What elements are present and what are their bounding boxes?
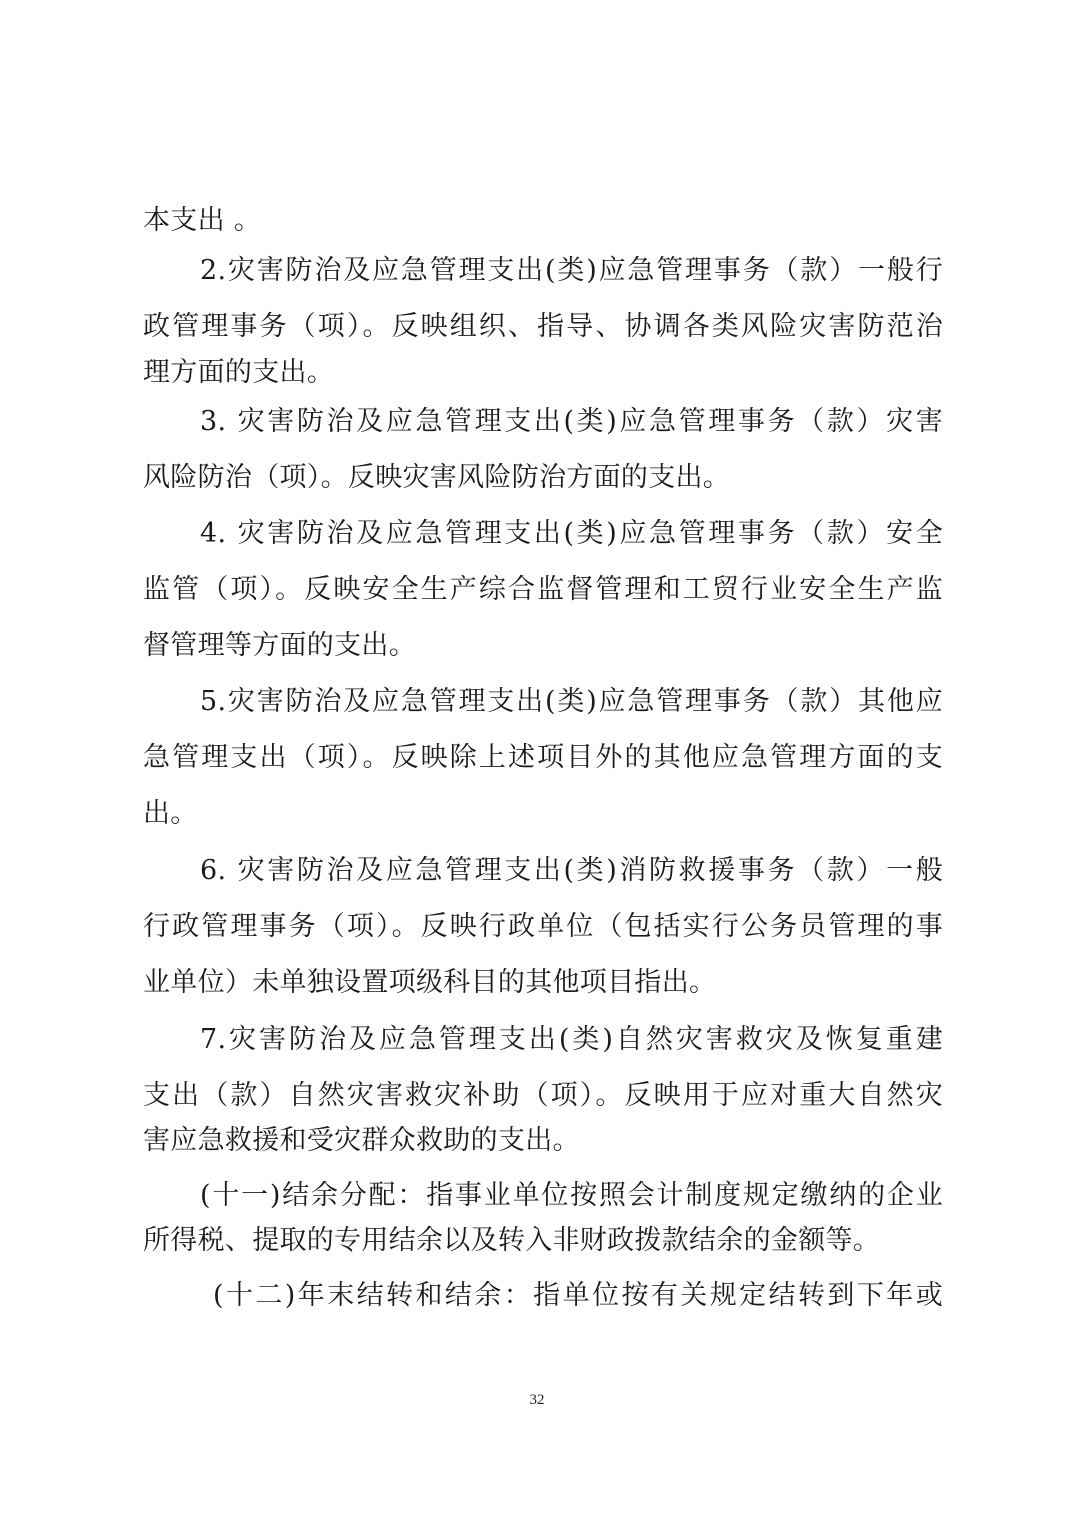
text-line: 出。	[143, 797, 943, 831]
text-line: 行政管理事务（项）。反映行政单位（包括实行公务员管理的事	[143, 910, 943, 944]
text-line: 理方面的支出。	[143, 356, 943, 390]
document-page: 本支出 。 2.灾害防治及应急管理支出(类)应急管理事务（款）一般行 政管理事务…	[0, 0, 1074, 1520]
section-heading-line: (十一)结余分配：指事业单位按照会计制度规定缴纳的企业	[200, 1179, 943, 1213]
section-heading-line: (十二)年末结转和结余：指单位按有关规定结转到下年或	[213, 1279, 943, 1313]
text-line: 7.灾害防治及应急管理支出(类)自然灾害救灾及恢复重建	[200, 1023, 943, 1057]
text-line: 本支出 。	[143, 204, 943, 238]
text-line: 风险防治（项）。反映灾害风险防治方面的支出。	[143, 461, 943, 495]
text-line: 3. 灾害防治及应急管理支出(类)应急管理事务（款）灾害	[200, 405, 943, 439]
text-line: 监管（项）。反映安全生产综合监督管理和工贸行业安全生产监	[143, 573, 943, 607]
text-line: 6. 灾害防治及应急管理支出(类)消防救援事务（款）一般	[200, 854, 943, 888]
page-number: 32	[0, 1392, 1074, 1409]
text-line: 所得税、提取的专用结余以及转入非财政拨款结余的金额等。	[143, 1224, 943, 1258]
text-line: 5.灾害防治及应急管理支出(类)应急管理事务（款）其他应	[200, 685, 943, 719]
text-line: 政管理事务（项）。反映组织、指导、协调各类风险灾害防范治	[143, 310, 943, 344]
text-line: 2.灾害防治及应急管理支出(类)应急管理事务（款）一般行	[200, 254, 943, 288]
text-line: 督管理等方面的支出。	[143, 629, 943, 663]
text-line: 业单位）未单独设置项级科目的其他项目指出。	[143, 966, 943, 1000]
text-line: 支出（款）自然灾害救灾补助（项）。反映用于应对重大自然灾	[143, 1079, 943, 1113]
text-line: 4. 灾害防治及应急管理支出(类)应急管理事务（款）安全	[200, 517, 943, 551]
text-line: 害应急救援和受灾群众救助的支出。	[143, 1124, 943, 1158]
text-line: 急管理支出（项）。反映除上述项目外的其他应急管理方面的支	[143, 741, 943, 775]
